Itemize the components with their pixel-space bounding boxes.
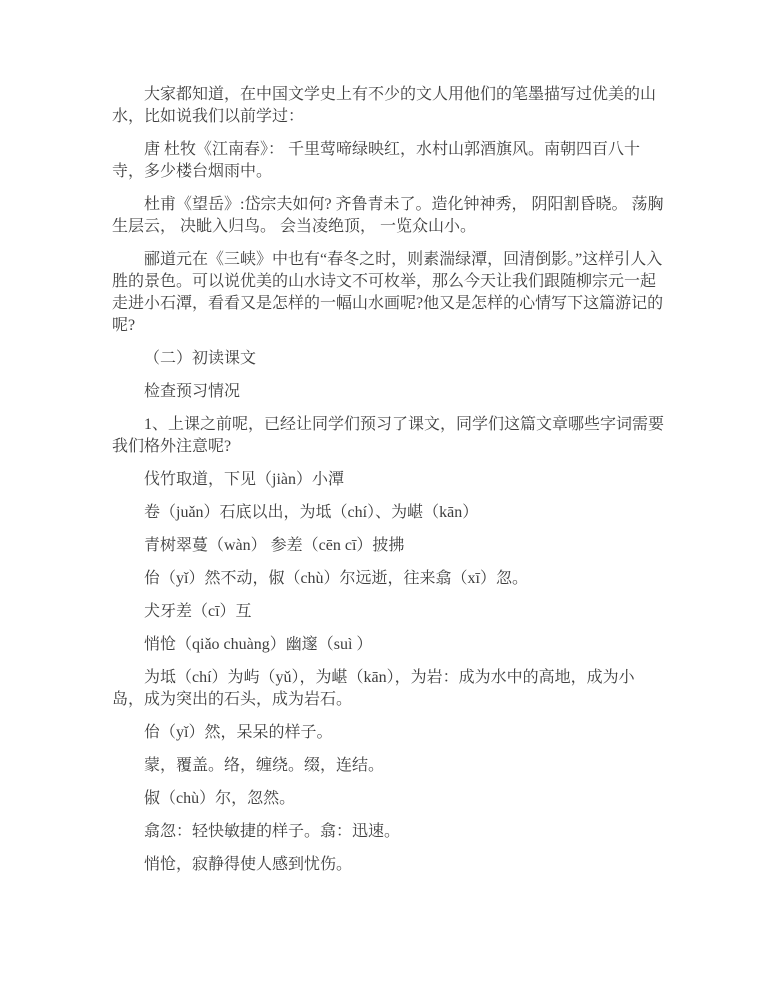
paragraph: 卷（juǎn）石底以出，为坻（chí）、为嵁（kān） xyxy=(112,502,664,524)
document-content: 大家都知道，在中国文学史上有不少的文人用他们的笔墨描写过优美的山水，比如说我们以… xyxy=(112,84,664,876)
paragraph: 佁（yǐ）然，呆呆的样子。 xyxy=(112,722,664,744)
paragraph: 郦道元在《三峡》中也有“春冬之时，则素湍绿潭，回清倒影。”这样引人入胜的景色。可… xyxy=(112,249,664,337)
paragraph: 青树翠蔓（wàn） 参差（cēn cī）披拂 xyxy=(112,535,664,557)
paragraph: 唐 杜牧《江南春》： 千里莺啼绿映红，水村山郭酒旗风。南朝四百八十寺，多少楼台烟… xyxy=(112,139,664,183)
paragraph: （二）初读课文 xyxy=(112,348,664,370)
paragraph: 检查预习情况 xyxy=(112,381,664,403)
paragraph: 悄怆，寂静得使人感到忧伤。 xyxy=(112,854,664,876)
paragraph: 悄怆（qiǎo chuàng）幽邃（suì ） xyxy=(112,634,664,656)
paragraph: 大家都知道，在中国文学史上有不少的文人用他们的笔墨描写过优美的山水，比如说我们以… xyxy=(112,84,664,128)
paragraph: 蒙，覆盖。络，缠绕。缀，连结。 xyxy=(112,755,664,777)
document-page: 大家都知道，在中国文学史上有不少的文人用他们的笔墨描写过优美的山水，比如说我们以… xyxy=(0,0,770,1000)
paragraph: 伐竹取道，下见（jiàn）小潭 xyxy=(112,469,664,491)
paragraph: 为坻（chí）为屿（yǔ），为嵁（kān），为岩：成为水中的高地，成为小岛，成为… xyxy=(112,667,664,711)
paragraph: 佁（yǐ）然不动，俶（chù）尔远逝，往来翕（xī）忽。 xyxy=(112,568,664,590)
paragraph: 翕忽：轻快敏捷的样子。翕：迅速。 xyxy=(112,821,664,843)
paragraph: 俶（chù）尔，忽然。 xyxy=(112,788,664,810)
paragraph: 杜甫《望岳》:岱宗夫如何? 齐鲁青未了。造化钟神秀， 阴阳割昏晓。 荡胸生层云，… xyxy=(112,194,664,238)
paragraph: 1、上课之前呢，已经让同学们预习了课文，同学们这篇文章哪些字词需要我们格外注意呢… xyxy=(112,414,664,458)
paragraph: 犬牙差（cī）互 xyxy=(112,601,664,623)
